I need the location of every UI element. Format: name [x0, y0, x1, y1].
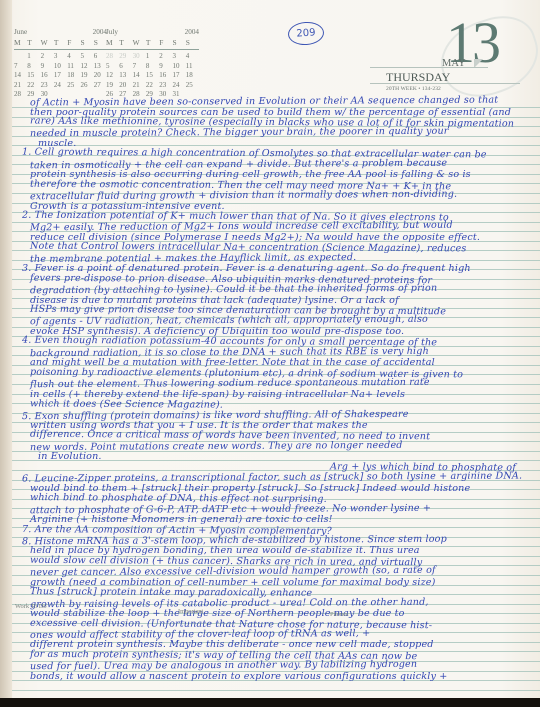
weekday-label: T — [27, 38, 40, 47]
calendar-weekday-row: MTWTFSS — [14, 38, 107, 50]
calendar-day: 5 — [80, 52, 93, 60]
calendar-day: 19 — [80, 71, 93, 79]
weekday-label: S — [172, 38, 185, 47]
calendar-day: 1 — [146, 52, 159, 60]
calendar-day: 2 — [159, 52, 172, 60]
calendar-day: 19 — [106, 81, 119, 89]
calendar-day: 20 — [119, 81, 132, 89]
calendar-month: July — [106, 28, 118, 38]
calendar-day: 7 — [14, 62, 27, 70]
mini-calendar-july: July2004 MTWTFSS 28293012345678910111213… — [106, 28, 199, 98]
calendar-day: 18 — [67, 71, 80, 79]
weekday-label: S — [80, 38, 93, 47]
label-important: Important — [178, 608, 203, 615]
note-line: Arginine (+ histone Monomers in general)… — [30, 514, 333, 525]
header-divider — [370, 83, 520, 84]
weekday-label: F — [67, 38, 80, 47]
calendar-day: 25 — [67, 81, 80, 89]
calendar-day: 12 — [80, 62, 93, 70]
weekday-label: M — [14, 38, 27, 47]
calendar-day: 29 — [119, 52, 132, 60]
note-line: needed in muscle protein? Check. The big… — [30, 126, 449, 140]
weekday-label: W — [133, 38, 146, 47]
calendar-day: 22 — [146, 81, 159, 89]
calendar-days-grid: 1234567891011121314151617181920212223242… — [14, 52, 107, 98]
label-phones: Phones — [330, 611, 348, 618]
calendar-day — [14, 52, 27, 60]
calendar-day: 3 — [172, 52, 185, 60]
calendar-day: 24 — [172, 81, 185, 89]
weekday-label: M — [106, 38, 119, 47]
ruled-line — [12, 690, 540, 691]
calendar-day: 21 — [133, 81, 146, 89]
label-work-to-do: Work To Do — [15, 603, 47, 610]
calendar-day: 8 — [146, 62, 159, 70]
calendar-day: 18 — [186, 71, 199, 79]
calendar-day: 2 — [41, 52, 54, 60]
calendar-day: 23 — [159, 81, 172, 89]
note-line: bonds, it would allow a nascent protein … — [30, 671, 447, 682]
calendar-day: 30 — [133, 52, 146, 60]
calendar-day: 28 — [14, 90, 27, 98]
calendar-day: 9 — [159, 62, 172, 70]
calendar-day: 16 — [41, 71, 54, 79]
calendar-day: 7 — [133, 62, 146, 70]
calendar-day: 17 — [172, 71, 185, 79]
calendar-day: 4 — [67, 52, 80, 60]
calendar-year: 2004 — [93, 28, 107, 38]
diary-page: June2004 MTWTFSS 12345678910111213141516… — [0, 0, 540, 698]
calendar-day: 16 — [159, 71, 172, 79]
calendar-day: 21 — [14, 81, 27, 89]
calendar-month: June — [14, 28, 27, 38]
note-line: which it does (See Science Magazine). — [30, 398, 223, 410]
week-info: 20TH WEEK • 134-232 — [386, 86, 441, 92]
calendar-day: 23 — [41, 81, 54, 89]
desk-background — [0, 698, 540, 707]
calendar-day: 14 — [14, 71, 27, 79]
calendar-day: 15 — [146, 71, 159, 79]
header-divider — [370, 67, 488, 68]
calendar-day: 12 — [106, 71, 119, 79]
ruled-line — [12, 145, 540, 146]
weekday-label: T — [119, 38, 132, 47]
calendar-day: 11 — [67, 62, 80, 70]
calendar-day: 8 — [27, 62, 40, 70]
page-binding — [0, 0, 12, 698]
calendar-day: 15 — [27, 71, 40, 79]
calendar-weekday-row: MTWTFSS — [106, 38, 199, 50]
calendar-day: 26 — [80, 81, 93, 89]
calendar-day: 13 — [119, 71, 132, 79]
calendar-day: 10 — [54, 62, 67, 70]
calendar-day: 24 — [54, 81, 67, 89]
calendar-day: 6 — [119, 62, 132, 70]
calendar-day: 11 — [186, 62, 199, 70]
calendar-year: 2004 — [185, 28, 199, 38]
calendar-day: 28 — [106, 52, 119, 60]
calendar-days-grid: 2829301234567891011121314151617181920212… — [106, 52, 199, 98]
calendar-day: 1 — [27, 52, 40, 60]
weekday-label: W — [41, 38, 54, 47]
note-line: in Evolution. — [38, 451, 102, 462]
calendar-day: 17 — [54, 71, 67, 79]
calendar-day: 10 — [172, 62, 185, 70]
weekday-label: S — [186, 38, 199, 47]
calendar-day: 25 — [186, 81, 199, 89]
calendar-day: 14 — [133, 71, 146, 79]
weekday-label: T — [146, 38, 159, 47]
page-number-circle: 209 — [287, 21, 325, 46]
calendar-day: 3 — [54, 52, 67, 60]
calendar-day: 5 — [106, 62, 119, 70]
calendar-day: 9 — [41, 62, 54, 70]
calendar-day: 22 — [27, 81, 40, 89]
weekday-label: T — [54, 38, 67, 47]
calendar-day: 4 — [186, 52, 199, 60]
mini-calendar-june: June2004 MTWTFSS 12345678910111213141516… — [14, 28, 107, 98]
weekday-label: F — [159, 38, 172, 47]
